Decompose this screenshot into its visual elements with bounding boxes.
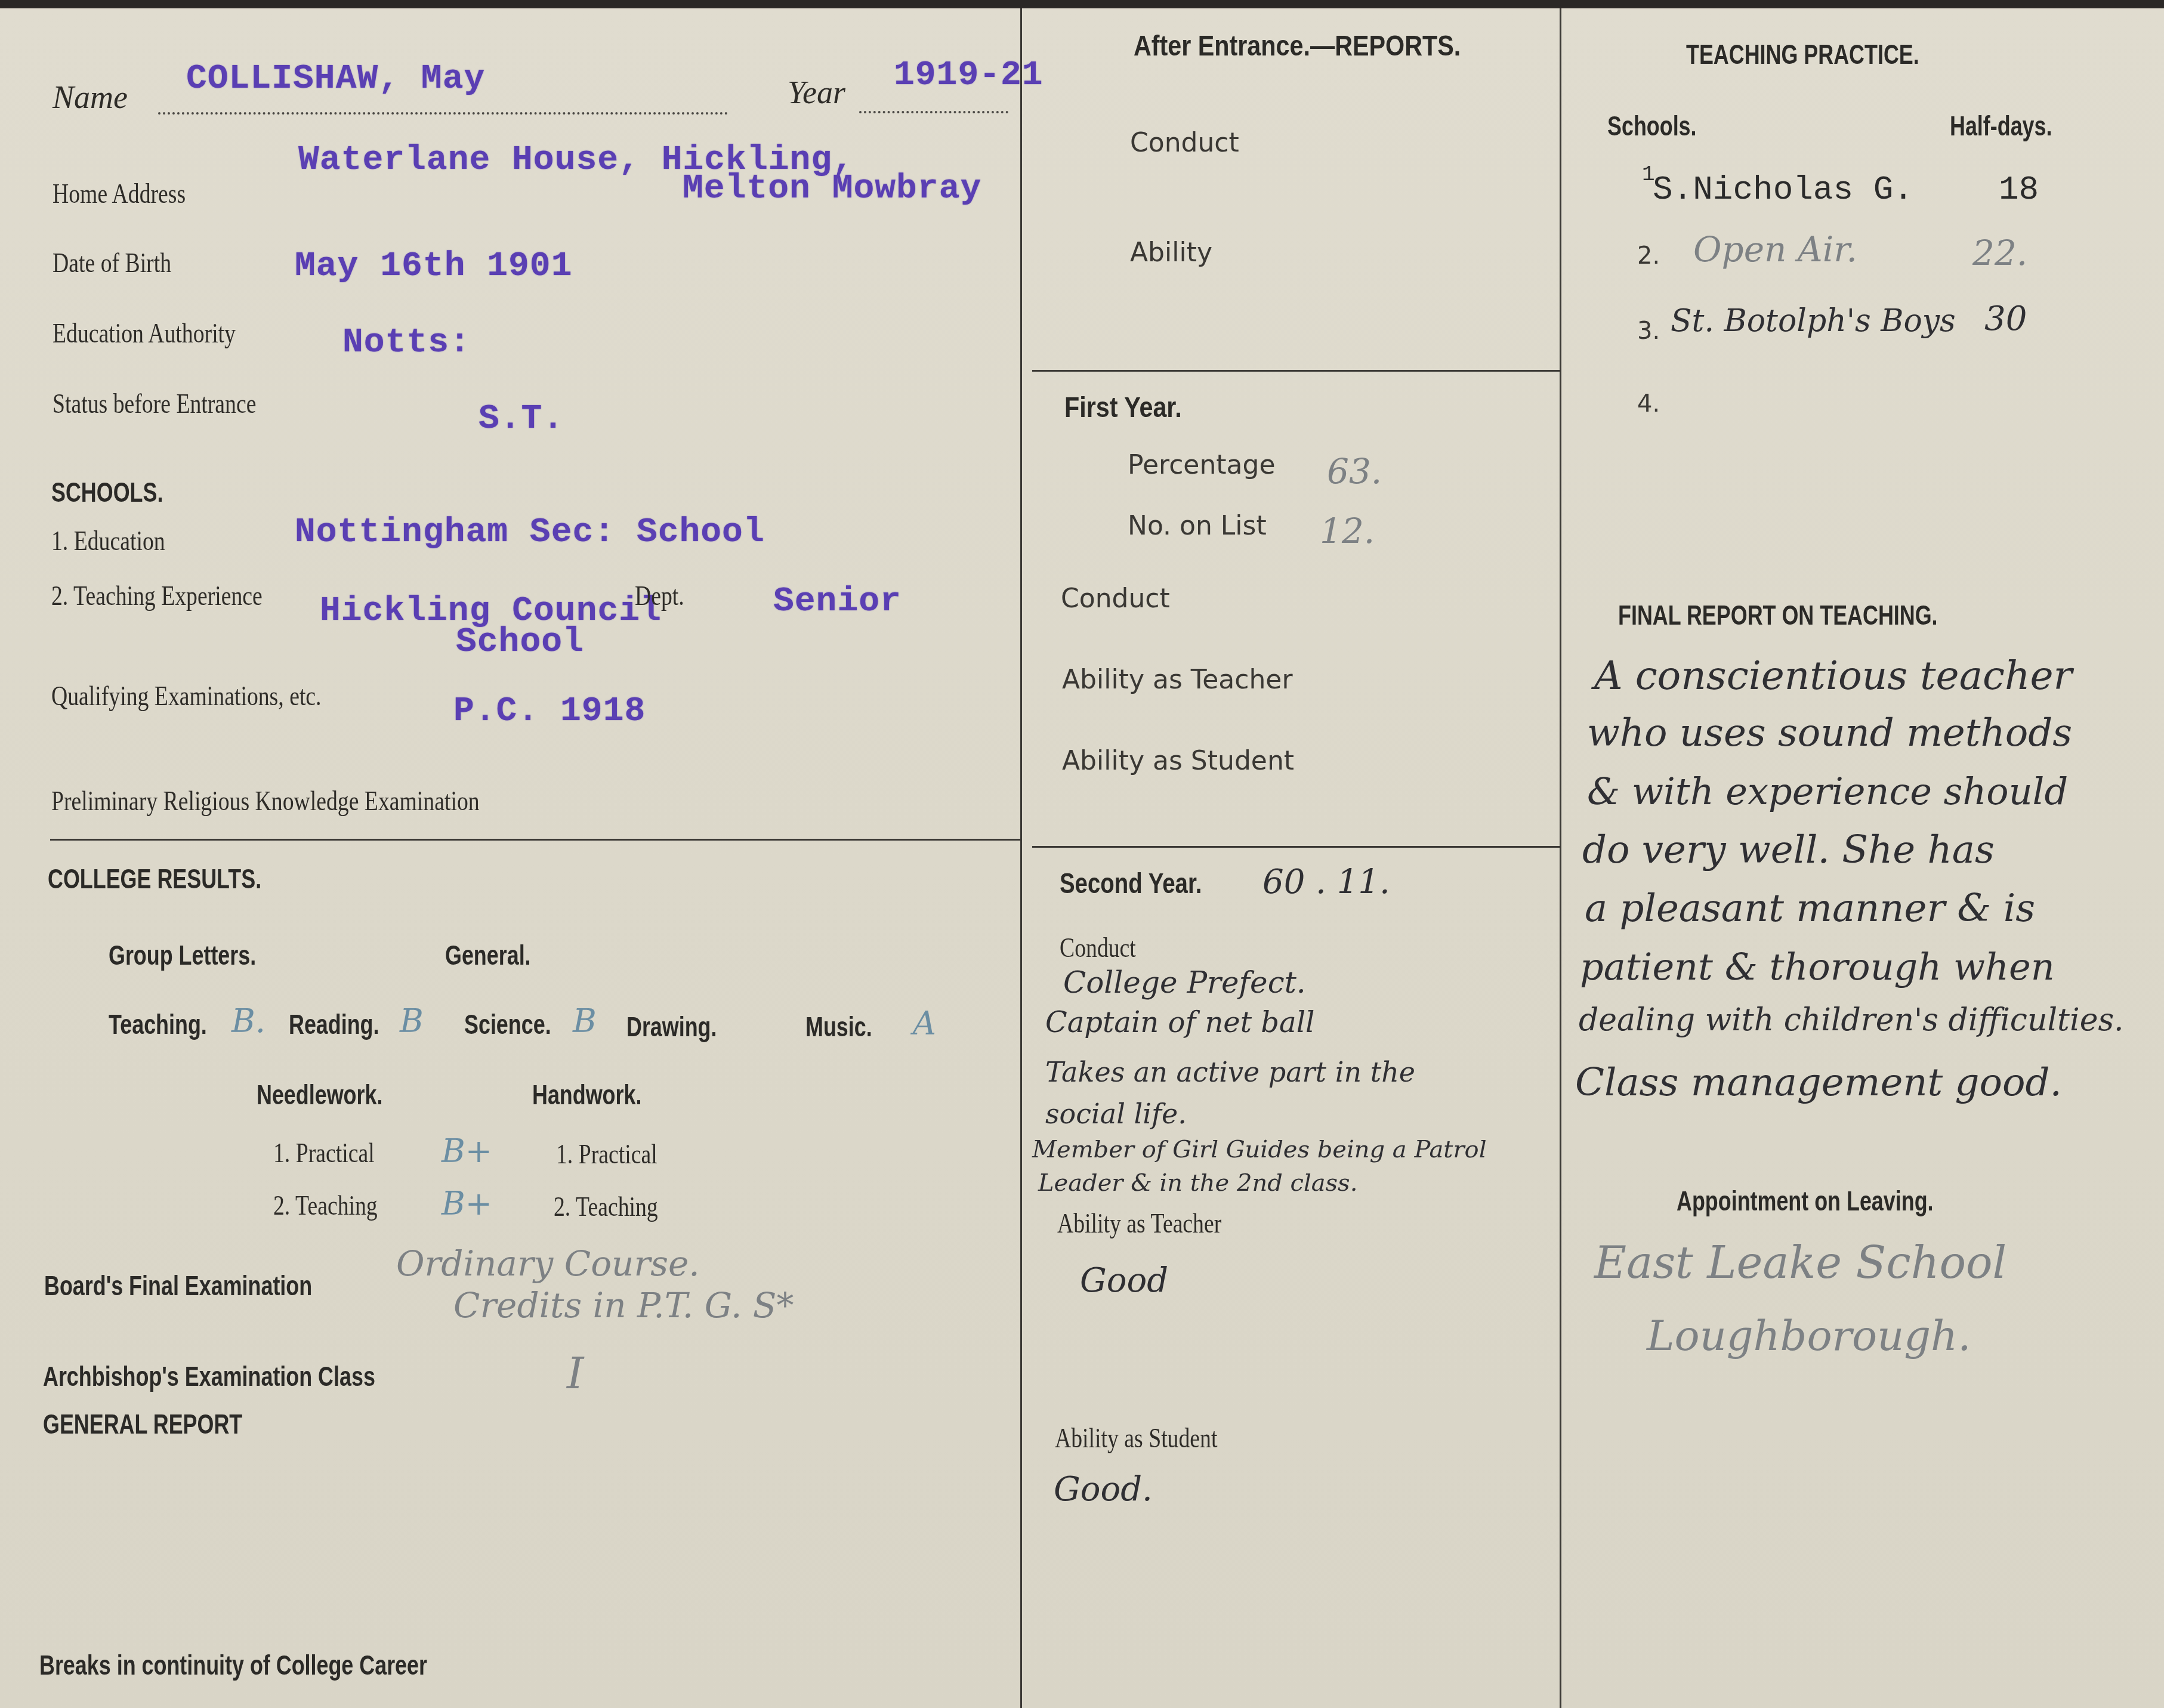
handwork-label: Handwork. [532,1079,641,1111]
science-grade[interactable]: B [573,1002,597,1040]
final-report-line-7: dealing with children's difficulties. [1579,1002,2124,1038]
teaching-experience-value-line2[interactable]: School [456,623,584,662]
teaching-grade[interactable]: B. [231,1002,266,1040]
second-year-conduct-note-1[interactable]: College Prefect. [1063,965,1306,1000]
second-year-conduct-note-2[interactable]: Captain of net ball [1045,1006,1314,1039]
practice-row-2-school[interactable]: Open Air. [1693,229,1857,270]
final-report-heading: FINAL REPORT ON TEACHING. [1618,599,1938,631]
divider-middle-secondyear [1032,846,1560,848]
status-value[interactable]: S.T. [479,400,564,438]
practice-row-2-halfdays[interactable]: 22. [1972,233,2027,273]
group-letters-label: Group Letters. [109,939,256,971]
boards-final-label: Board's Final Examination [44,1270,312,1302]
reports-ability-label: Ability [1130,237,1212,268]
second-year-conduct-note-6[interactable]: Leader & in the 2nd class. [1038,1169,1357,1197]
archbishop-label: Archbishop's Examination Class [43,1360,375,1392]
hand-practical-label: 1. Practical [556,1138,657,1170]
needle-practical-label: 1. Practical [273,1137,375,1169]
teaching-practice-heading: TEACHING PRACTICE. [1686,38,1919,70]
second-year-ability-teacher-value[interactable]: Good [1080,1261,1168,1300]
final-report-line-4: do very well. She has [1582,828,1995,872]
halfdays-column-header: Half-days. [1950,110,2052,142]
breaks-label: Breaks in continuity of College Career [39,1649,427,1681]
second-year-conduct-note-5[interactable]: Member of Girl Guides being a Patrol [1032,1136,1486,1163]
boards-final-value-line2[interactable]: Credits in P.T. G. S* [453,1285,794,1326]
second-year-heading: Second Year. [1060,867,1202,900]
dob-label: Date of Birth [53,247,171,279]
science-label: Science. [464,1008,551,1040]
practice-row-3-halfdays[interactable]: 30 [1984,299,2027,338]
first-year-percentage-value[interactable]: 63. [1327,451,1382,492]
education-authority-value[interactable]: Notts: [342,323,471,362]
schools-heading: SCHOOLS. [51,476,163,508]
schools-education-value[interactable]: Nottingham Sec: School [295,513,765,552]
appointment-heading: Appointment on Leaving. [1677,1185,1934,1217]
final-report-line-1: A conscientious teacher [1594,653,2072,699]
divider-middle-right [1560,8,1561,1708]
second-year-ability-student-label: Ability as Student [1055,1422,1217,1454]
first-year-ability-teacher-label: Ability as Teacher [1062,665,1293,695]
college-results-heading: COLLEGE RESULTS. [48,863,261,895]
reading-grade[interactable]: B [400,1002,424,1040]
first-year-heading: First Year. [1064,391,1182,424]
final-report-line-5: a pleasant manner & is [1585,887,2035,931]
divider-left-middle [1020,8,1022,1708]
qualifying-value[interactable]: P.C. 1918 [453,692,646,731]
student-record-card: Name COLLISHAW, May Year 1919-21 Home Ad… [0,8,2164,1708]
final-report-line-3: & with experience should [1587,770,2068,813]
practice-row-3-num: 3. [1637,317,1660,345]
appointment-line-1[interactable]: East Leake School [1594,1237,2006,1289]
reading-label: Reading. [289,1008,379,1040]
year-dotted-line [859,111,1008,113]
final-report-line-6: patient & thorough when [1580,945,2055,989]
name-dotted-line [158,112,728,115]
drawing-label: Drawing. [626,1011,717,1043]
second-year-ability-student-value[interactable]: Good. [1054,1470,1153,1509]
needle-teaching-label: 2. Teaching [273,1190,378,1221]
divider-middle-firstyear [1032,370,1560,372]
name-value[interactable]: COLLISHAW, May [186,60,485,98]
final-report-line-2: who uses sound methods [1587,711,2072,755]
first-year-no-on-list-value[interactable]: 12. [1320,511,1375,551]
home-address-line2[interactable]: Melton Mowbray [683,169,981,208]
needle-practical-grade[interactable]: B+ [442,1132,492,1170]
second-year-conduct-note-4[interactable]: social life. [1045,1098,1187,1130]
first-year-conduct-label: Conduct [1061,583,1170,614]
practice-row-4-num: 4. [1637,390,1660,418]
practice-row-1-halfdays[interactable]: 18 [1999,171,2039,209]
music-grade[interactable]: A [913,1005,936,1042]
dept-label: Dept. [635,580,684,611]
first-year-no-on-list-label: No. on List [1128,511,1267,541]
teaching-experience-label: 2. Teaching Experience [51,580,263,611]
home-address-label: Home Address [53,178,186,209]
dept-value[interactable]: Senior [773,582,902,621]
second-year-conduct-note-3[interactable]: Takes an active part in the [1045,1056,1415,1088]
general-report-label: GENERAL REPORT [43,1408,242,1440]
year-value[interactable]: 1919-21 [894,56,1044,95]
general-label: General. [445,939,531,971]
practice-row-2-num: 2. [1637,242,1660,270]
second-year-conduct-label: Conduct [1060,932,1136,963]
schools-education-label: 1. Education [51,525,165,557]
education-authority-label: Education Authority [53,317,236,349]
preliminary-religious-label: Preliminary Religious Knowledge Examinat… [51,785,480,817]
teaching-subject-label: Teaching. [109,1008,207,1040]
divider-left-college [50,839,1020,841]
boards-final-value-line1[interactable]: Ordinary Course. [396,1243,700,1284]
second-year-ability-teacher-label: Ability as Teacher [1057,1207,1221,1239]
final-report-line-8: Class management good. [1575,1061,2062,1105]
reports-conduct-label: Conduct [1130,128,1239,158]
needle-teaching-grade[interactable]: B+ [442,1185,492,1222]
name-label: Name [53,79,128,116]
archbishop-value[interactable]: I [567,1348,584,1398]
reports-heading: After Entrance.—REPORTS. [1134,30,1461,63]
status-label: Status before Entrance [53,388,256,419]
needlework-label: Needlework. [257,1079,382,1111]
second-year-summary-value[interactable]: 60 . 11. [1262,863,1390,901]
hand-teaching-label: 2. Teaching [554,1191,658,1222]
schools-column-header: Schools. [1607,110,1697,142]
music-label: Music. [805,1011,872,1043]
dob-value[interactable]: May 16th 1901 [295,247,572,286]
first-year-ability-student-label: Ability as Student [1062,746,1294,776]
year-label: Year [788,74,845,111]
practice-row-1-school[interactable]: S.Nicholas G. [1653,171,1913,209]
practice-row-3-school[interactable]: St. Botolph's Boys [1671,303,1956,339]
appointment-line-2[interactable]: Loughborough. [1647,1311,1971,1360]
first-year-percentage-label: Percentage [1128,450,1276,480]
qualifying-label: Qualifying Examinations, etc. [51,680,322,712]
